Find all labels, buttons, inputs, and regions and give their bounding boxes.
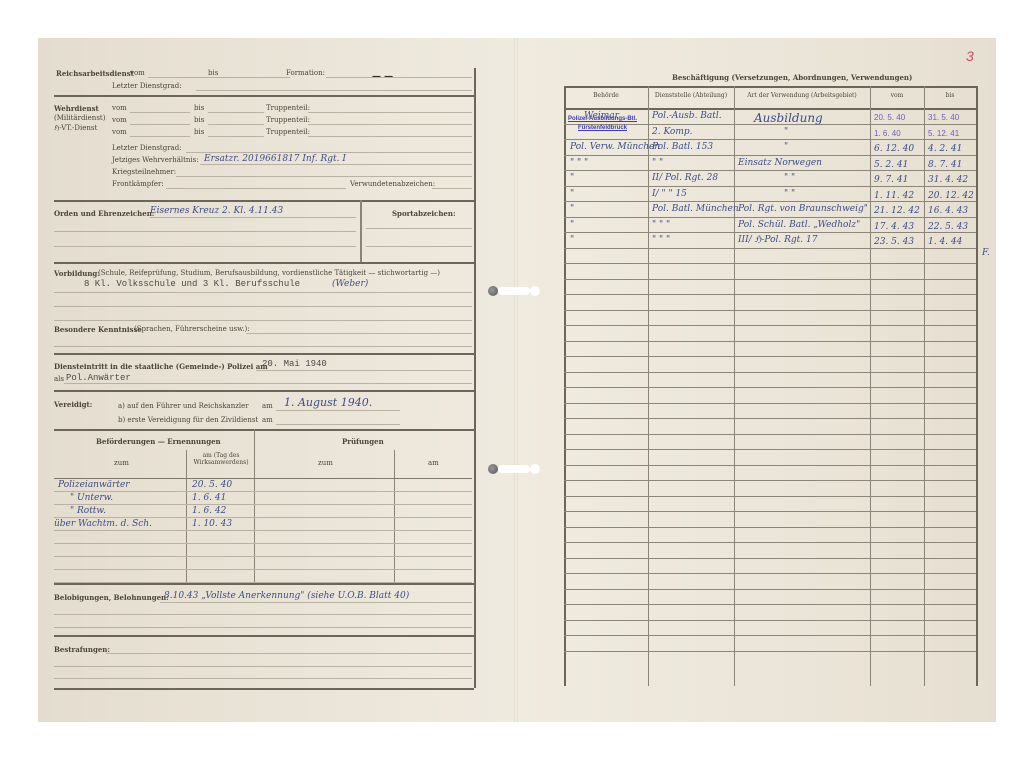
table-row-line [564,620,976,621]
befoerderung-row-line [54,543,472,544]
befoerderung-row-line [54,556,472,557]
column-header: vom [870,92,924,99]
table-column-divider [976,86,978,686]
column-header: Dienststelle (Abteilung) [648,92,734,99]
orden-field-2[interactable] [54,231,356,232]
table-row-line [564,310,976,311]
divider [54,95,474,97]
table-row-line [564,511,976,512]
table-row-line [564,155,976,156]
row-dienststelle: " " " [652,220,670,230]
wehrverhaeltnis-value: Ersatzr. 2019661817 Inf. Rgt. I [204,154,346,164]
sportabzeichen-label: Sportabzeichen: [392,209,456,218]
sportabzeichen-field-2[interactable] [366,246,472,247]
vorbildung-field-2[interactable] [54,306,472,307]
row-behoerde: " [570,173,574,183]
befoerderungen-title: Beförderungen — Ernennungen [96,437,221,446]
befoerderung-am: 20. 5. 40 [192,480,232,490]
table-row-line [564,263,976,264]
wd-bis-field-1[interactable] [208,112,264,113]
row-bis: 16. 4. 43 [928,206,968,216]
table-row-line [564,542,976,543]
divider [54,688,474,690]
befoerderung-row-line [54,569,472,570]
row-behoerde: " [570,204,574,214]
belobigungen-field-1[interactable] [160,602,472,603]
table-column-divider [648,86,649,686]
vereidigt-a-value: 1. August 1940. [284,396,372,409]
befoerderung-row-line [54,517,472,518]
row-art: Pol. Rgt. von Braunschweig" [738,204,868,214]
row-bis: 20. 12. 42 [928,191,974,201]
table-row-line [564,170,976,171]
vorbildung-hint: (Schule, Reifeprüfung, Studium, Berufsau… [98,269,440,277]
wehrdienst-label: Wehrdienst [54,104,99,113]
belobigungen-value: 8.10.43 „Vollste Anerkennung" (siehe U.O… [164,591,409,601]
frontkaempfer-label: Frontkämpfer: [112,180,164,188]
vorbildung-label: Vorbildung: [54,269,100,278]
vereidigt-a-field[interactable] [276,410,400,411]
rad-vom-field[interactable] [148,77,228,78]
wd-vom-label: vom [112,128,127,136]
wd-vom-field-2[interactable] [130,124,190,125]
row-dienststelle: I/ " " 15 [652,189,687,199]
table-row-line [564,387,976,388]
table-row-line [564,372,976,373]
stamp-line-2: Fürstenfeldbruck [578,125,627,131]
page-number: 3 [966,48,974,64]
table-header-rule [564,108,976,110]
row-behoerde: " [570,220,574,230]
kenntnisse-field-2[interactable] [54,346,472,347]
rad-formation-label: Formation: [286,69,325,77]
divider [54,635,474,637]
table-column-divider [870,86,871,686]
als-value: Pol.Anwärter [66,373,131,383]
row-bis: 31. 4. 42 [928,175,968,185]
beschaeftigung-title: Beschäftigung (Versetzungen, Abordnungen… [672,73,912,82]
befoerderung-am: 1. 6. 42 [192,506,226,516]
sportabzeichen-field-1[interactable] [366,228,472,229]
table-row-line [564,201,976,202]
row-art: " " [784,173,795,183]
vereidigt-a-am: am [262,402,273,410]
wehrdienst-sub1: (Militärdienst) [54,114,105,122]
orden-field-3[interactable] [54,246,356,247]
table-row-line [564,635,976,636]
table-header-rule [54,478,472,479]
row-dienststelle: II/ Pol. Rgt. 28 [652,173,718,183]
table-column-divider [734,86,735,686]
kenntnisse-label: Besondere Kenntnisse [54,325,142,334]
row-bis: 4. 2. 41 [928,144,962,154]
kenntnisse-hint: (Sprachen, Führerscheine usw.): [134,325,250,333]
row-behoerde: " " " [570,158,588,168]
befoerderung-zum: über Wachtm. d. Sch. [54,519,152,529]
table-top-rule [564,86,976,88]
table-row-line [564,294,976,295]
row-bis: 5. 12. 41 [928,129,959,138]
wd-truppenteil-field-2[interactable] [308,124,472,125]
table-column-divider [564,86,566,686]
kriegsteilnehmer-label: Kriegsteilnehmer: [112,168,176,176]
table-row-line [564,403,976,404]
row-vom: 23. 5. 43 [874,237,914,247]
table-row-line [564,573,976,574]
frontkaempfer-field[interactable] [166,188,346,189]
diensteintritt-label: Diensteintritt in die staatliche (Gemein… [54,362,268,371]
table-divider [254,429,255,583]
row-dienststelle: Pol.-Ausb. Batl. [652,111,722,121]
divider [54,390,474,392]
belobigungen-field-2[interactable] [54,614,472,615]
befoerderung-am: 1. 10. 43 [192,519,232,529]
punch-hole-top [484,282,544,300]
row-art: " " [784,189,795,199]
bef-col-am: am (Tag des Wirksamwerdens) [190,452,252,466]
table-row-line [564,325,976,326]
table-row-line [564,418,976,419]
vereidigt-b-field[interactable] [276,424,400,425]
row-art: Einsatz Norwegen [738,158,822,168]
belobigungen-field-3[interactable] [54,627,472,628]
row-art: Pol. Schül. Batl. „Wedholz" [738,220,860,230]
wd-truppenteil-label: Truppenteil: [266,104,310,112]
wd-bis-label: bis [194,128,204,136]
wd-truppenteil-label: Truppenteil: [266,128,310,136]
table-row-line [564,604,976,605]
table-row-line [564,434,976,435]
spine-fold [514,38,518,722]
row-art: " [784,142,788,152]
wd-vom-label: vom [112,104,127,112]
row-vom: 17. 4. 43 [874,222,914,232]
stamp-line-1: Polizei-Ausbildungs-Btl. [568,116,637,122]
wd-bis-label: bis [194,116,204,124]
rad-dienstgrad-field[interactable] [196,90,472,91]
punch-hole-bottom [484,460,544,478]
table-row-line [564,217,976,218]
rad-formation-value: — — [372,72,393,82]
pruefungen-title: Prüfungen [342,437,384,446]
orden-divider [360,200,362,262]
margin-mark: F. [982,248,990,258]
row-vom: 6. 12. 40 [874,144,914,154]
table-row-line [564,651,976,652]
row-dienststelle: " " [652,158,663,168]
row-vom: 1. 6. 40 [874,129,901,138]
divider [54,262,474,264]
row-vom: 5. 2. 41 [874,160,908,170]
row-dienststelle: Pol. Batl. München [652,204,739,214]
befoerderung-am: 1. 6. 41 [192,493,226,503]
row-behoerde: " [570,189,574,199]
table-row-line [564,465,976,466]
column-header: Art der Verwendung (Arbeitsgebiet) [734,92,870,99]
orden-value: Eisernes Kreuz 2. Kl. 4.11.43 [150,206,283,216]
bestrafungen-field-3[interactable] [54,678,472,679]
wehrverhaeltnis-field[interactable] [200,164,472,165]
befoerderung-zum: " Unterw. [70,493,113,503]
wd-dienstgrad-label: Letzter Dienstgrad: [112,144,182,152]
row-bis: 8. 7. 41 [928,160,962,170]
wehrverhaeltnis-label: Jetziges Wehrverhältnis: [112,156,199,164]
row-vom: 9. 7. 41 [874,175,908,185]
row-dienststelle: Pol. Batl. 153 [652,142,713,152]
column-header: Behörde [564,92,648,99]
pr-col-am: am [428,459,439,467]
orden-field-1[interactable] [150,217,356,218]
vereidigt-b-am: am [262,416,273,424]
pr-col-zum: zum [318,459,333,467]
row-vom: 21. 12. 42 [874,206,920,216]
row-behoerde: " [570,235,574,245]
column-header: bis [924,92,976,99]
divider [54,429,474,431]
table-row-line [564,527,976,528]
table-row-line [564,341,976,342]
table-row-line [564,589,976,590]
verwundetenabzeichen-field[interactable] [432,188,472,189]
befoerderung-zum: Polizeianwärter [58,480,130,490]
diensteintritt-field[interactable] [256,370,472,371]
row-dienststelle: 2. Komp. [652,127,693,137]
vorbildung-hand: (Weber) [332,279,368,289]
befoerderung-row-line [54,491,472,492]
row-art: III/ ℌ-Pol. Rgt. 17 [738,235,817,245]
table-row-line [564,248,976,249]
als-field[interactable] [64,383,472,384]
wehrdienst-sub2: ℌ-VT.-Dienst [54,124,97,132]
rad-label: Reichsarbeitsdienst [56,69,134,78]
row-bis: 1. 4. 44 [928,237,962,247]
befoerderung-row-line [54,530,472,531]
vereidigt-a-label: a) auf den Führer und Reichskanzler [118,402,249,410]
table-row-line [564,449,976,450]
als-label: als [54,375,64,383]
row-vom: 1. 11. 42 [874,191,914,201]
divider [54,353,474,355]
left-border [474,68,476,688]
kriegsteilnehmer-field[interactable] [176,176,472,177]
diensteintritt-date: 20. Mai 1940 [262,359,327,369]
vorbildung-value: 8 Kl. Volksschule und 3 Kl. Berufsschule [84,279,300,289]
table-row-line [564,232,976,233]
row-art: " [784,127,788,137]
wd-truppenteil-field-1[interactable] [308,112,472,113]
wd-vom-field-3[interactable] [130,136,190,137]
kenntnisse-field-1[interactable] [246,333,472,334]
rad-bis-field[interactable] [224,77,290,78]
table-row-line [564,480,976,481]
table-column-divider [924,86,925,686]
wd-bis-field-3[interactable] [208,136,264,137]
table-row-line [564,558,976,559]
table-row-line [564,356,976,357]
table-row-line [564,186,976,187]
rad-bis-label: bis [208,69,218,77]
divider [54,200,474,202]
bef-col-zum: zum [114,459,129,467]
wd-vom-label: vom [112,116,127,124]
table-row-line [564,496,976,497]
verwundetenabzeichen-label: Verwundetenabzeichen: [350,180,435,188]
rad-vom-label: vom [130,69,145,77]
row-vom: 20. 5. 40 [874,113,905,122]
vorbildung-field-1[interactable] [54,292,472,293]
orden-label: Orden und Ehrenzeichen: [54,209,154,218]
wd-bis-label: bis [194,104,204,112]
row-bis: 22. 5. 43 [928,222,968,232]
belobigungen-label: Belobigungen, Belohnungen: [54,593,169,602]
divider [54,583,474,585]
befoerderung-row-line [54,504,472,505]
vereidigt-b-label: b) erste Vereidigung für den Zivildienst [118,416,258,424]
row-bis: 31. 5. 40 [928,113,959,122]
bestrafungen-field-2[interactable] [54,666,472,667]
bestrafungen-label: Bestrafungen: [54,645,110,654]
rad-dienstgrad-label: Letzter Dienstgrad: [112,82,182,90]
rad-formation-field[interactable] [326,77,472,78]
wd-truppenteil-field-3[interactable] [308,136,472,137]
vereidigt-label: Vereidigt: [54,400,92,409]
wd-vom-field-1[interactable] [130,112,190,113]
wd-truppenteil-label: Truppenteil: [266,116,310,124]
wd-dienstgrad-field[interactable] [186,152,472,153]
wd-bis-field-2[interactable] [208,124,264,125]
row-dienststelle: " " " [652,235,670,245]
bestrafungen-field-1[interactable] [106,653,472,654]
vorbildung-field-3[interactable] [54,320,472,321]
row-art: Ausbildung [754,111,823,125]
table-row-line [564,139,976,140]
table-row-line [564,279,976,280]
row-behoerde: Pol. Verw. München [570,142,660,152]
befoerderung-zum: " Rottw. [70,506,106,516]
